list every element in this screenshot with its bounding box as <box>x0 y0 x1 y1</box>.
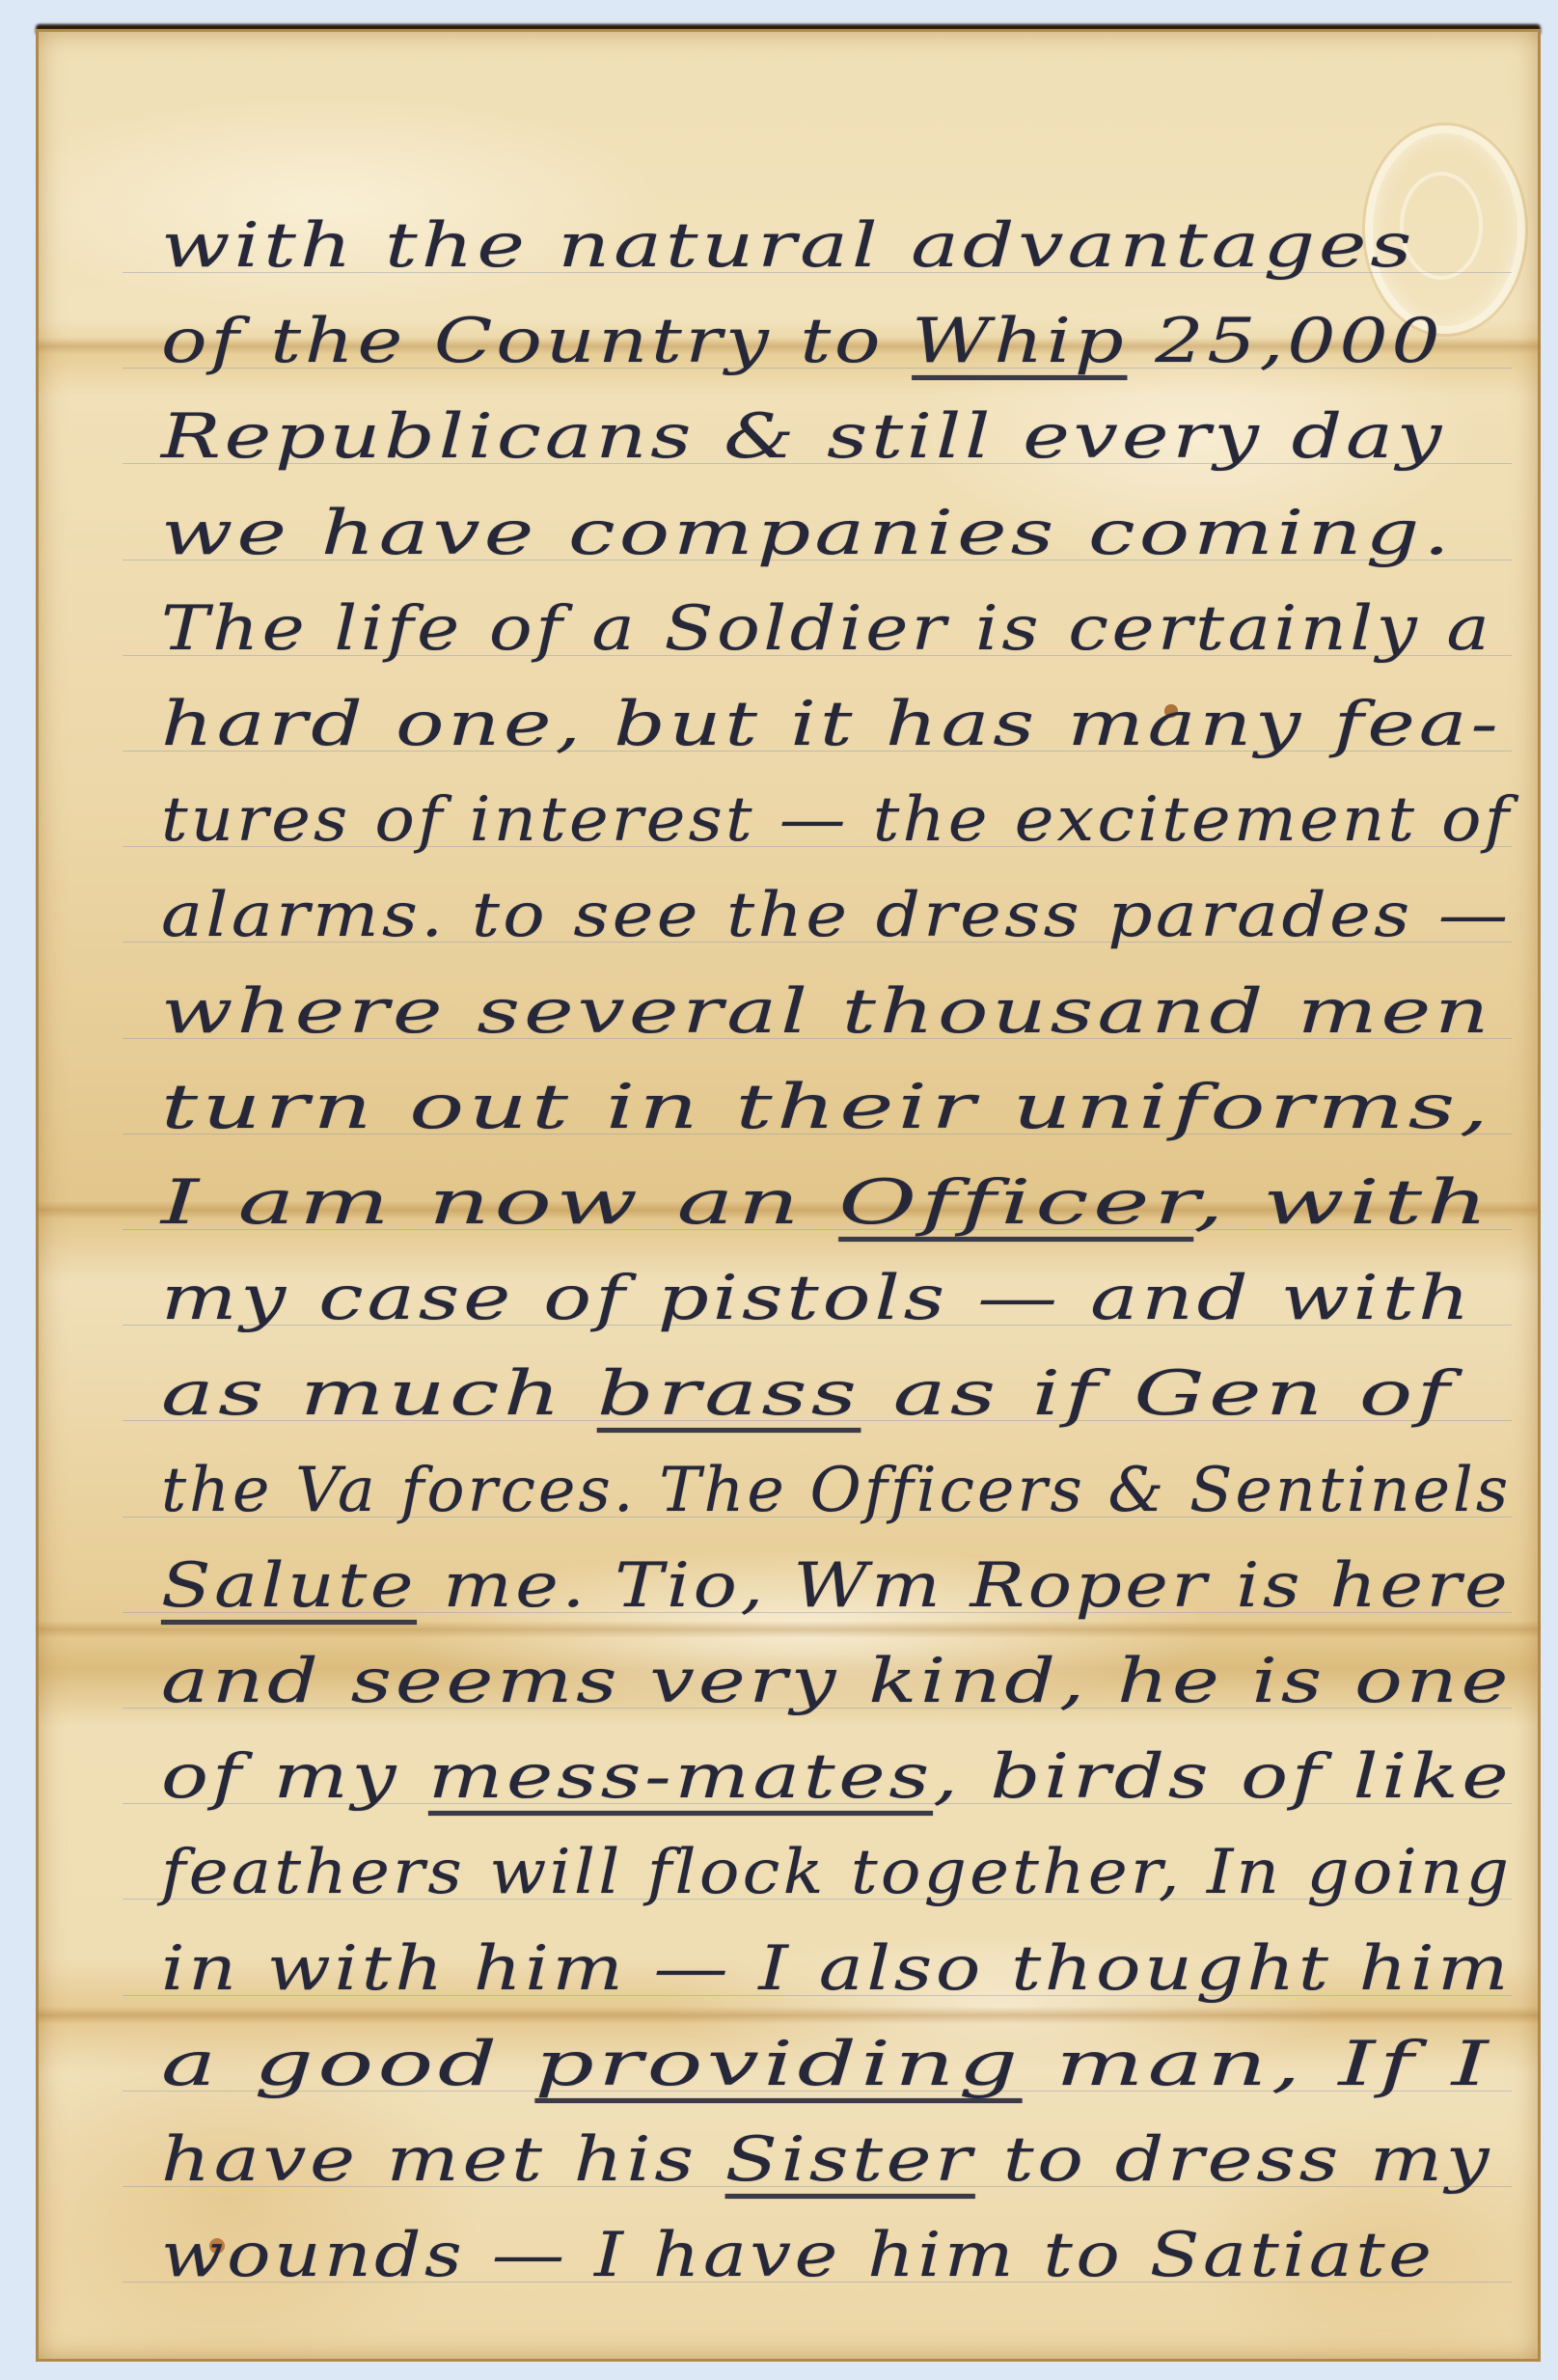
underlined-word: providing <box>534 2029 1022 2100</box>
text-segment: have met his <box>161 2124 725 2196</box>
text-segment: man, If I <box>1022 2029 1492 2100</box>
text-line: hard one, but it has many fea- <box>161 681 1502 768</box>
underlined-word: Salute <box>161 1550 417 1622</box>
text-segment: I am now an <box>161 1167 838 1239</box>
text-line: my case of pistols — and with <box>161 1255 1473 1342</box>
text-line: have met his Sister to dress my <box>161 2117 1492 2203</box>
text-line: the Va forces. The Officers & Sentinels <box>161 1447 1511 1534</box>
text-segment: where several thousand men <box>161 976 1492 1048</box>
text-segment: Republicans & still every day <box>161 401 1445 473</box>
text-segment: The life of a Soldier is certainly a <box>161 593 1492 665</box>
text-line: Salute me. Tio, Wm Roper is here <box>161 1543 1511 1629</box>
text-line: a good providing man, If I <box>161 2021 1492 2108</box>
underlined-word: Officer <box>838 1167 1193 1239</box>
text-segment: of my <box>161 1741 428 1813</box>
underlined-word: mess-mates <box>428 1741 933 1813</box>
text-segment: tures of interest — the excitement of <box>161 784 1512 856</box>
text-line: in with him — I also thought him <box>161 1926 1512 2012</box>
text-segment: to dress my <box>975 2124 1492 2196</box>
text-segment: with the natural advantages <box>161 210 1415 282</box>
text-segment: as much <box>161 1358 597 1430</box>
text-line: feathers will flock together, In going <box>161 1829 1512 1916</box>
text-line: we have companies coming. <box>161 490 1454 577</box>
text-segment: as if Gen of <box>861 1358 1454 1430</box>
text-line: turn out in their uniforms, <box>161 1064 1492 1151</box>
text-line: tures of interest — the excitement of <box>161 777 1512 863</box>
text-segment: alarms. to see the dress parades — <box>161 880 1511 951</box>
underlined-word: Sister <box>725 2124 975 2196</box>
text-line: as much brass as if Gen of <box>161 1351 1454 1437</box>
text-segment: , birds of like <box>933 1741 1512 1813</box>
text-segment: feathers will flock together, In going <box>161 1837 1512 1908</box>
text-segment: and seems very kind, he is one <box>161 1646 1512 1717</box>
text-line: I am now an Officer, with <box>161 1160 1492 1246</box>
text-segment: turn out in their uniforms, <box>161 1072 1492 1143</box>
text-line: where several thousand men <box>161 969 1492 1055</box>
letter-page: with the natural advantagesof the Countr… <box>36 29 1541 2362</box>
text-segment: the Va forces. The Officers & Sentinels <box>161 1455 1511 1526</box>
text-line: The life of a Soldier is certainly a <box>161 586 1492 672</box>
text-line: of the Country to Whip 25,000 <box>161 298 1444 385</box>
text-segment: my case of pistols — and with <box>161 1263 1473 1334</box>
text-line: of my mess-mates, birds of like <box>161 1734 1512 1820</box>
text-line: wounds — I have him to Satiate <box>161 2212 1435 2299</box>
text-segment: , with <box>1193 1167 1492 1239</box>
underlined-word: Whip <box>912 306 1127 377</box>
text-segment: in with him — I also thought him <box>161 1933 1512 2005</box>
text-line: Republicans & still every day <box>161 394 1445 480</box>
text-line: with the natural advantages <box>161 203 1415 289</box>
text-segment: wounds — I have him to Satiate <box>161 2220 1435 2291</box>
text-segment: 25,000 <box>1127 306 1443 377</box>
text-segment: of the Country to <box>161 306 912 377</box>
text-segment: a good <box>161 2029 534 2100</box>
text-segment: me. Tio, Wm Roper is here <box>417 1550 1511 1622</box>
text-segment: we have companies coming. <box>161 498 1454 569</box>
text-line: alarms. to see the dress parades — <box>161 872 1511 959</box>
underlined-word: brass <box>597 1358 861 1430</box>
text-segment: hard one, but it has many fea- <box>161 689 1502 760</box>
text-line: and seems very kind, he is one <box>161 1638 1512 1725</box>
